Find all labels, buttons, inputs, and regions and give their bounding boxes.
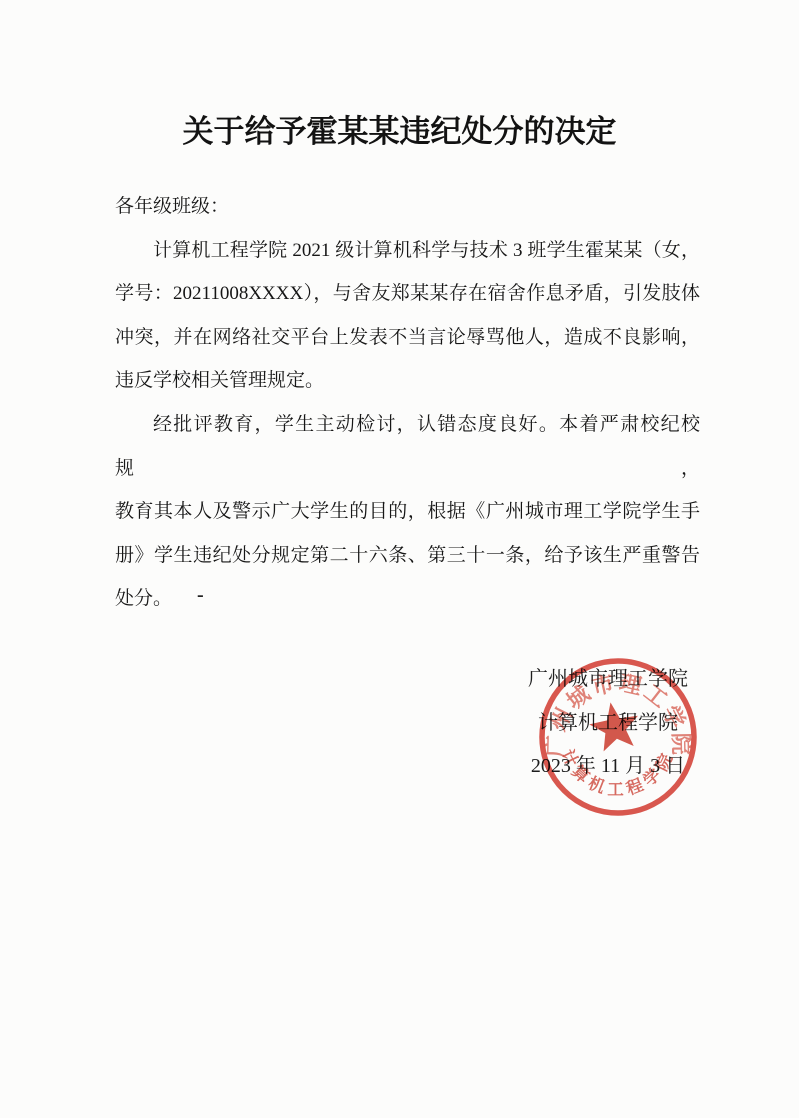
paragraph-2-line-1: 经批评教育，学生主动检讨，认错态度良好。本着严肃校纪校规， (115, 403, 700, 490)
paragraph-2-line-2: 教育其本人及警示广大学生的目的，根据《广州城市理工学院学生手 (115, 490, 700, 534)
paragraph-1-line-2: 学号：20211008XXXX），与舍友郑某某存在宿舍作息矛盾，引发肢体 (115, 272, 700, 316)
paragraph-1-line-1: 计算机工程学院 2021 级计算机科学与技术 3 班学生霍某某（女， (115, 229, 700, 273)
document-title: 关于给予霍某某违纪处分的决定 (0, 110, 799, 154)
paragraph-2-line-3: 册》学生违纪处分规定第二十六条、第三十一条，给予该生严重警告 (115, 534, 700, 578)
stray-pen-mark: - (197, 584, 204, 607)
document-page: 关于给予霍某某违纪处分的决定 各年级班级： 计算机工程学院 2021 级计算机科… (0, 0, 799, 1118)
document-body: 各年级班级： 计算机工程学院 2021 级计算机科学与技术 3 班学生霍某某（女… (115, 185, 700, 621)
signature-date: 2023 年 11 月 3 日 (458, 745, 758, 789)
signature-org-line1: 广州城市理工学院 (458, 658, 758, 702)
salutation: 各年级班级： (115, 185, 700, 229)
paragraph-1-line-3: 冲突，并在网络社交平台上发表不当言论辱骂他人，造成不良影响， (115, 316, 700, 360)
signature-block: 广州城市理工学院 计算机工程学院 2023 年 11 月 3 日 (458, 658, 758, 789)
paragraph-1-line-4: 违反学校相关管理规定。 (115, 359, 700, 403)
signature-org-line2: 计算机工程学院 (458, 702, 758, 746)
